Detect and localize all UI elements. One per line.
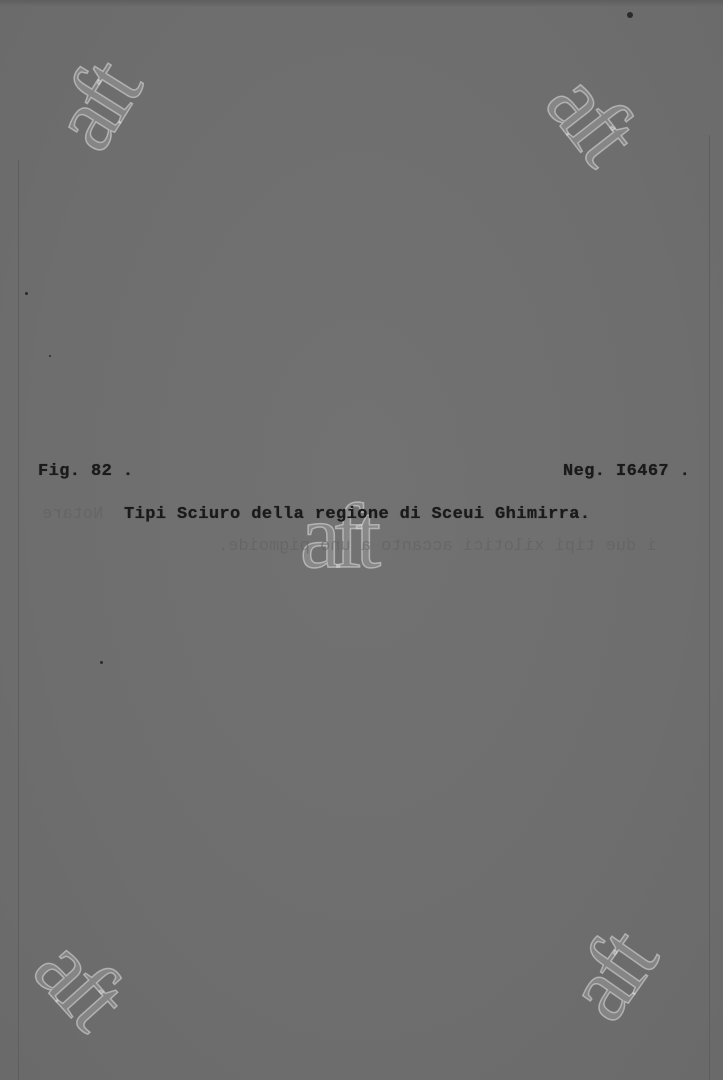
negative-number: Neg. I6467 .: [563, 462, 690, 481]
margin-line-right: [709, 135, 710, 1080]
ink-speck: [627, 12, 633, 18]
bleed-through-line: i due tipi xilotici accanto a uno pigmoi…: [218, 537, 657, 556]
scanned-document-page: aft aft aft aft aft Notare i due tipi xi…: [0, 0, 723, 1080]
bleed-through-fragment: Notare: [42, 505, 103, 524]
watermark-top-right: aft: [531, 57, 652, 176]
ink-speck: [100, 661, 103, 664]
watermark-bottom-left: aft: [19, 921, 140, 1041]
ink-speck: [25, 292, 28, 295]
watermark-bottom-right: aft: [549, 917, 670, 1035]
scan-edge: [0, 0, 723, 6]
caption: Tipi Sciuro della regione di Sceui Ghimi…: [124, 505, 590, 524]
ink-speck: [49, 355, 51, 357]
watermark-center: aft: [300, 490, 373, 582]
margin-line-left: [18, 160, 19, 1080]
watermark-top-left: aft: [35, 48, 155, 164]
figure-number: Fig. 82 .: [38, 462, 133, 481]
